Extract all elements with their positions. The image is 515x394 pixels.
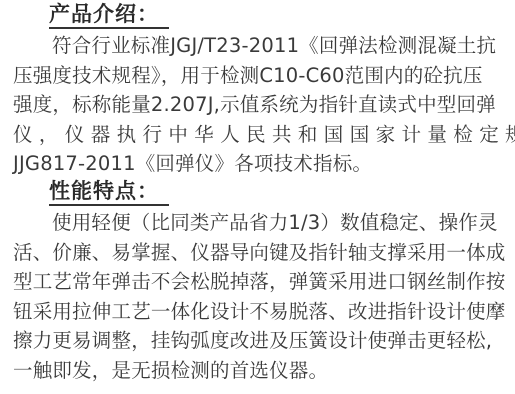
text-line: 使用轻便（比同类产品省力1/3）数值稳定、操作灵 bbox=[13, 208, 505, 238]
section-features: 性能特点： 使用轻便（比同类产品省力1/3）数值稳定、操作灵 活、价廉、易掌握、… bbox=[13, 179, 505, 386]
document-body: 产品介绍： 符合行业标准JGJ/T23-2011《回弹法检测混凝土抗 压强度技术… bbox=[13, 2, 505, 386]
text-line: 钮采用拉伸工艺一体化设计不易脱落、改进指针设计使摩 bbox=[13, 297, 505, 327]
text-line: 仪，仪器执行中华人民共和国国家计量检定规程 bbox=[13, 120, 505, 150]
text-line: 强度，标称能量2.207J,示值系统为指针直读式中型回弹 bbox=[13, 90, 505, 120]
paragraph-product-intro: 符合行业标准JGJ/T23-2011《回弹法检测混凝土抗 压强度技术规程》，用于… bbox=[13, 31, 505, 179]
text-line: 型工艺常年弹击不会松脱掉落，弹簧采用进口钢丝制作按 bbox=[13, 267, 505, 297]
section-product-intro: 产品介绍： 符合行业标准JGJ/T23-2011《回弹法检测混凝土抗 压强度技术… bbox=[13, 2, 505, 179]
text-line: 符合行业标准JGJ/T23-2011《回弹法检测混凝土抗 bbox=[13, 31, 505, 61]
text-line: JJG817-2011《回弹仪》各项技术指标。 bbox=[13, 149, 505, 179]
text-line: 活、价廉、易掌握、仪器导向键及指针轴支撑采用一体成 bbox=[13, 238, 505, 268]
text-line: 擦力更易调整，挂钩弧度改进及压簧设计使弹击更轻松, bbox=[13, 326, 505, 356]
paragraph-features: 使用轻便（比同类产品省力1/3）数值稳定、操作灵 活、价廉、易掌握、仪器导向键及… bbox=[13, 208, 505, 386]
heading-features: 性能特点： bbox=[49, 179, 169, 206]
heading-product-intro: 产品介绍： bbox=[49, 2, 169, 29]
text-line: 压强度技术规程》，用于检测C10-C60范围内的砼抗压 bbox=[13, 61, 505, 91]
text-line: 一触即发，是无损检测的首选仪器。 bbox=[13, 356, 505, 386]
